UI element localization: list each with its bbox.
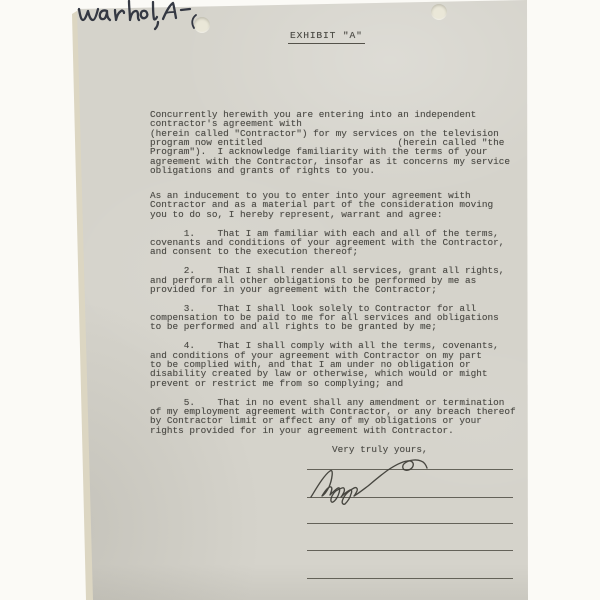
- text-line: obligations and grants of rights to you.: [150, 166, 530, 175]
- closing-line: Very truly yours,: [332, 444, 428, 455]
- signature-line: [307, 550, 513, 551]
- signature-line: [307, 497, 513, 498]
- paragraph-5: 3. That I shall look solely to Contracto…: [150, 304, 530, 332]
- punch-hole: [431, 4, 447, 20]
- paragraph-3: 1. That I am familiar with each and all …: [150, 229, 530, 257]
- paragraph-2: As an inducement to you to enter into yo…: [150, 191, 530, 219]
- document-title-text: EXHIBIT "A": [288, 30, 365, 44]
- text-line: and consent to the execution thereof;: [150, 247, 530, 256]
- text-line: to be performed and all rights to be gra…: [150, 322, 530, 331]
- punch-hole: [194, 17, 210, 33]
- paragraph-4: 2. That I shall render all services, gra…: [150, 266, 530, 294]
- signature-line: [307, 469, 513, 470]
- text-line: you to do so, I hereby represent, warran…: [150, 210, 530, 219]
- document-photo: EXHIBIT "A" Concurrently herewith you ar…: [0, 0, 600, 600]
- text-line: provided for in your agreement with the …: [150, 285, 530, 294]
- signature-line: [307, 523, 513, 524]
- text-line: rights provided for in your agreement wi…: [150, 426, 530, 435]
- paragraph-1: Concurrently herewith you are entering i…: [150, 110, 530, 175]
- document-body: Concurrently herewith you are entering i…: [150, 110, 530, 445]
- paragraph-7: 5. That in no event shall any amendment …: [150, 398, 530, 435]
- document-title: EXHIBIT "A": [288, 25, 365, 44]
- paragraph-6: 4. That I shall comply with all the term…: [150, 341, 530, 388]
- signature-line: [307, 578, 513, 579]
- text-line: prevent or restrict me from so complying…: [150, 379, 530, 388]
